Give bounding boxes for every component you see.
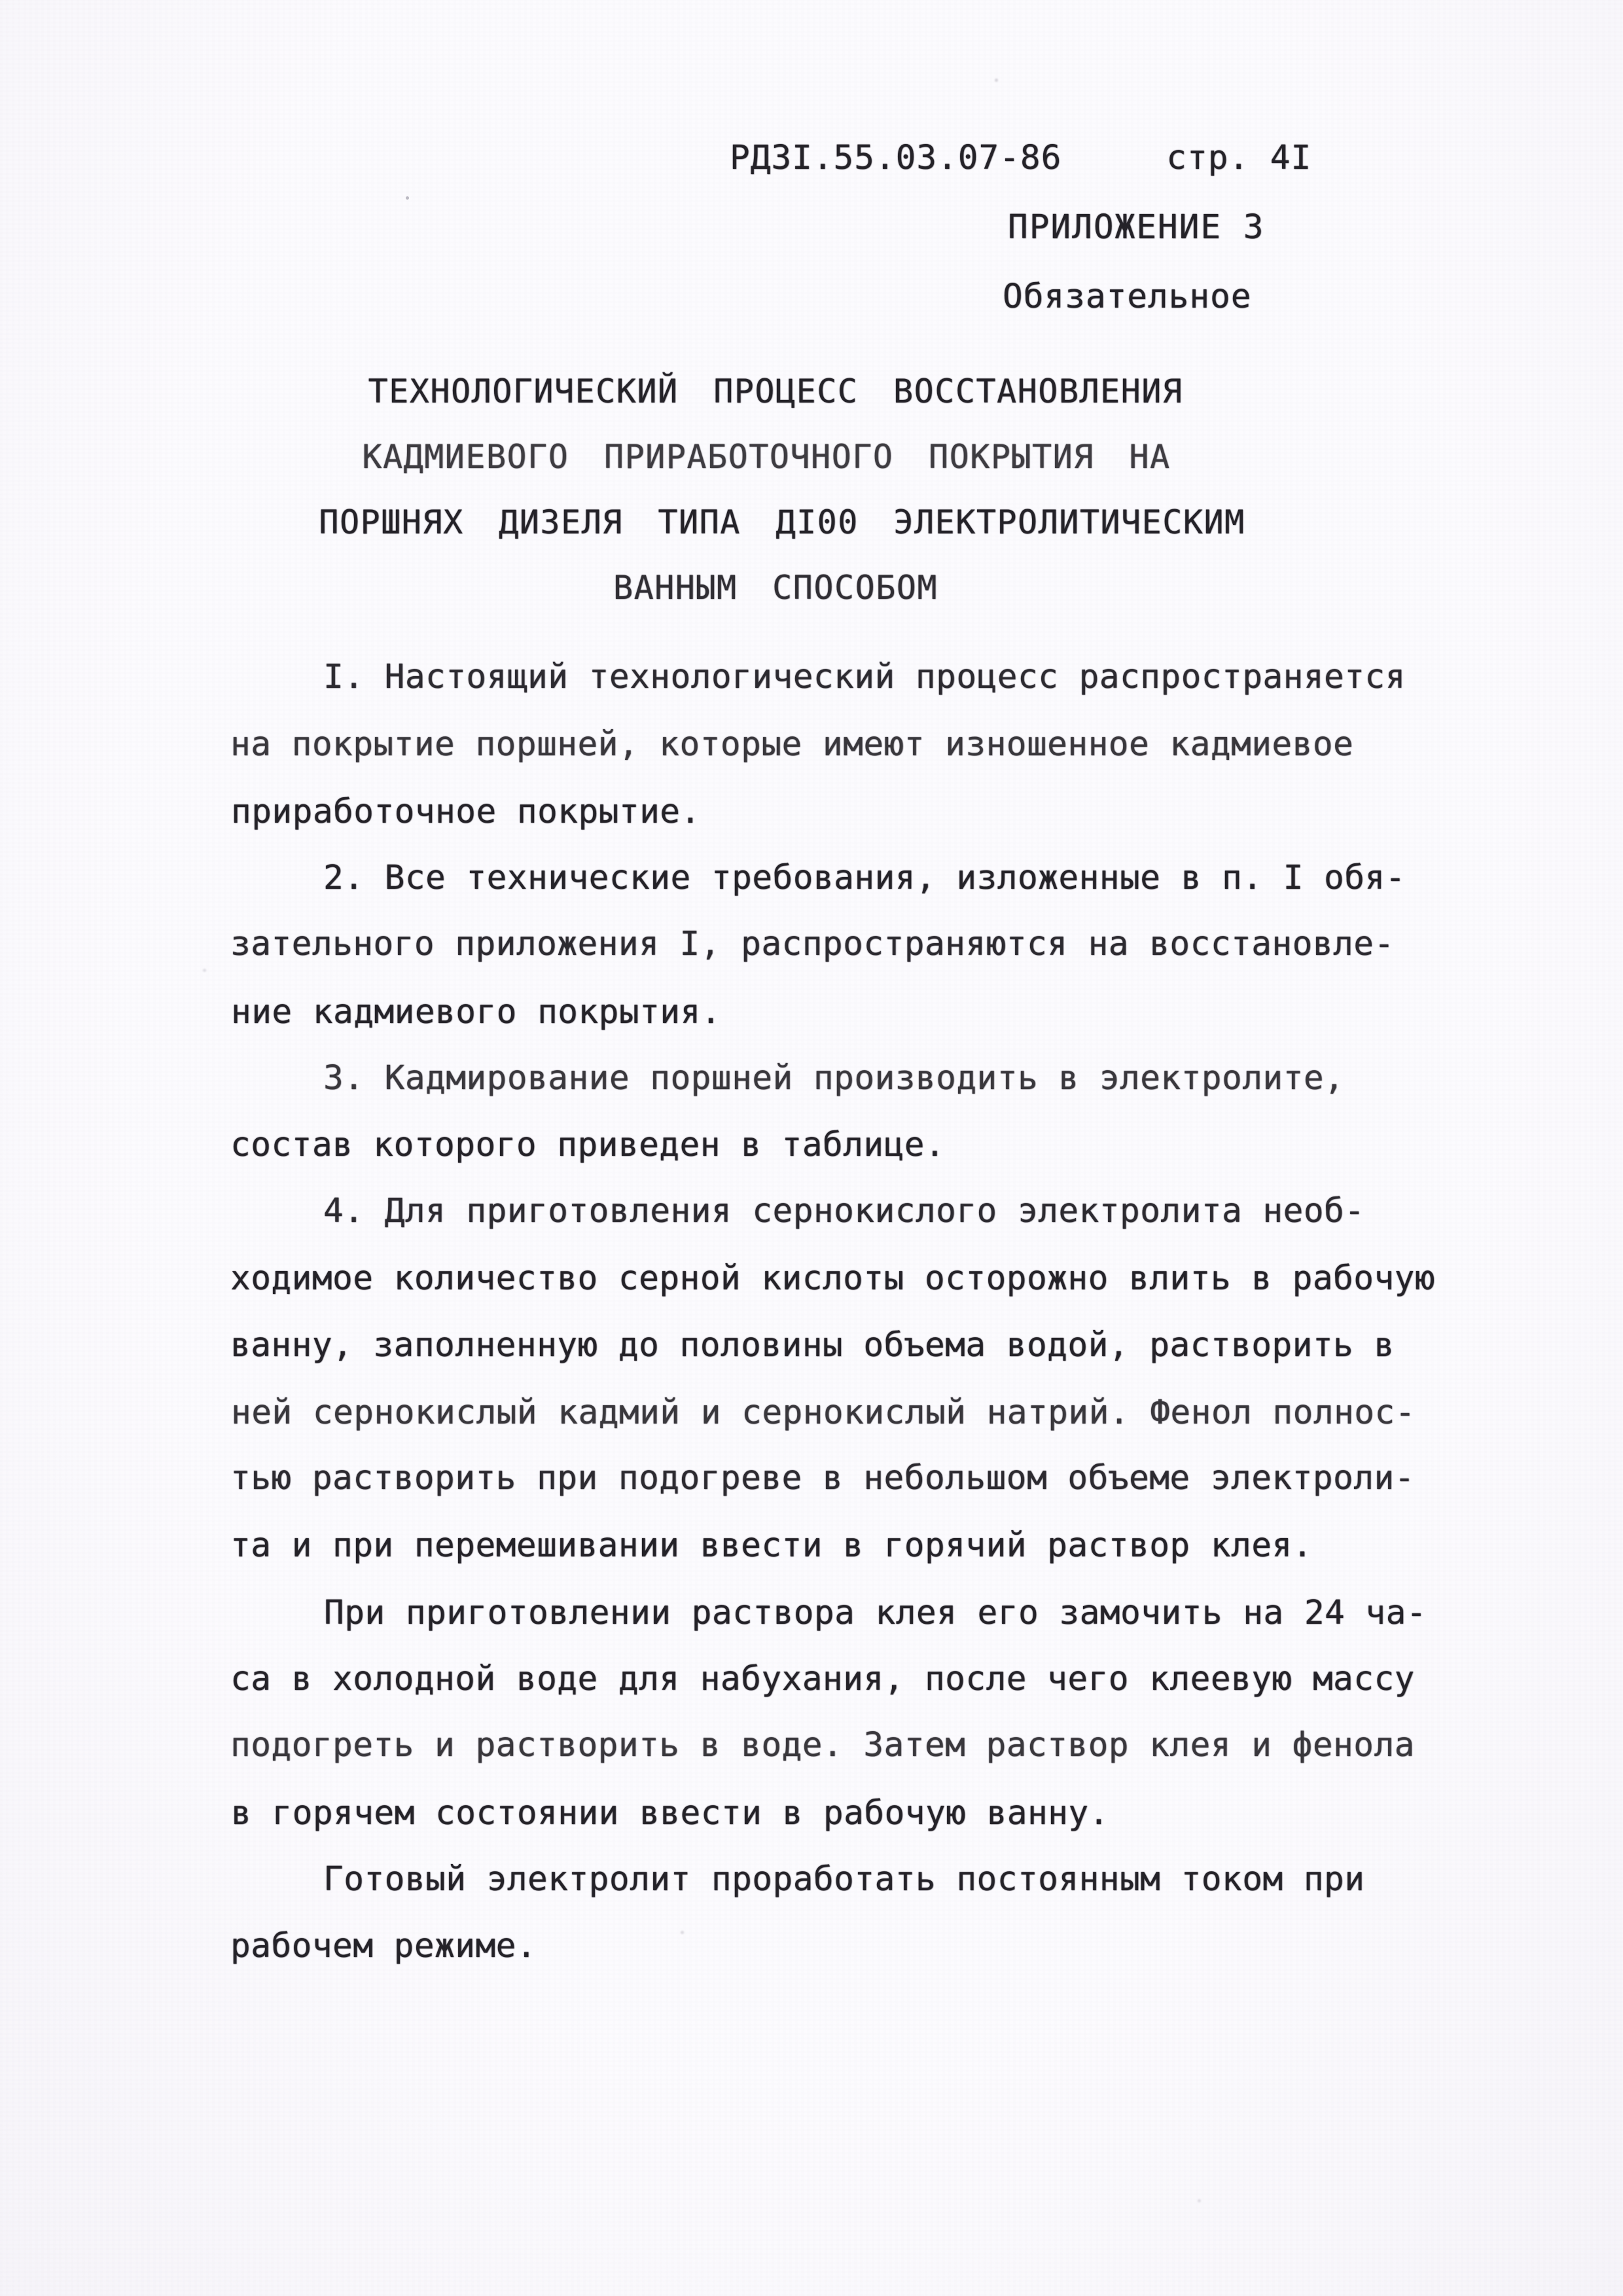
body-line: Готовый электролит проработать постоянны… [230, 1846, 1448, 1913]
body-line: ние кадмиевого покрытия. [231, 979, 1448, 1046]
annex-type: Обязательное [1003, 278, 1251, 316]
scanned-document-page: РД3I.55.03.07-86 стр. 4I ПРИЛОЖЕНИЕ 3 Об… [0, 0, 1623, 2296]
title-line: ТЕХНОЛОГИЧЕСКИЙ ПРОЦЕСС ВОССТАНОВЛЕНИЯ [219, 359, 1332, 424]
body-line: в горячем состоянии ввести в рабочую ван… [231, 1780, 1448, 1847]
body-line: рабочем режиме. [230, 1913, 1448, 1980]
body-line: 2. Все технические требования, изложенны… [230, 845, 1448, 912]
body-line: та и при перемешивании ввести в горячий … [230, 1513, 1448, 1579]
body-line: приработочное покрытие. [231, 779, 1448, 846]
document-title: ТЕХНОЛОГИЧЕСКИЙ ПРОЦЕСС ВОССТАНОВЛЕНИЯ К… [219, 359, 1332, 620]
title-line: ВАННЫМ СПОСОБОМ [219, 555, 1332, 620]
page-number: стр. 4I [1166, 139, 1311, 177]
header-line: РД3I.55.03.07-86 стр. 4I [730, 139, 1384, 177]
title-line: ПОРШНЯХ ДИЗЕЛЯ ТИПА ДI00 ЭЛЕКТРОЛИТИЧЕСК… [226, 490, 1338, 555]
body-line: 4. Для приготовления сернокислого электр… [230, 1178, 1448, 1245]
doc-number: РД3I.55.03.07-86 [730, 139, 1061, 177]
body-line: ходимое количество серной кислоты осторо… [230, 1246, 1448, 1312]
body-line: I. Настоящий технологический процесс рас… [230, 644, 1448, 711]
body-line: тью растворить при подогреве в небольшом… [230, 1445, 1448, 1512]
body-line: ней сернокислый кадмий и сернокислый нат… [231, 1380, 1448, 1446]
body-line: состав которого приведен в таблице. [230, 1112, 1448, 1179]
scan-speck [406, 196, 409, 200]
body-line: на покрытие поршней, которые имеют изнош… [230, 711, 1448, 778]
body-line: са в холодной воде для набухания, после … [230, 1646, 1448, 1713]
title-line: КАДМИЕВОГО ПРИРАБОТОЧНОГО ПОКРЫТИЯ НА [210, 424, 1323, 490]
body-line: зательного приложения I, распространяютс… [230, 911, 1448, 978]
annex-label: ПРИЛОЖЕНИЕ 3 [1008, 208, 1264, 247]
body-line: При приготовлении раствора клея его замо… [231, 1580, 1448, 1647]
document-body: I. Настоящий технологический процесс рас… [230, 645, 1448, 1980]
body-line: 3. Кадмирование поршней производить в эл… [230, 1045, 1448, 1112]
body-line: ванну, заполненную до половины объема во… [230, 1312, 1448, 1379]
body-line: подогреть и растворить в воде. Затем рас… [230, 1712, 1448, 1779]
